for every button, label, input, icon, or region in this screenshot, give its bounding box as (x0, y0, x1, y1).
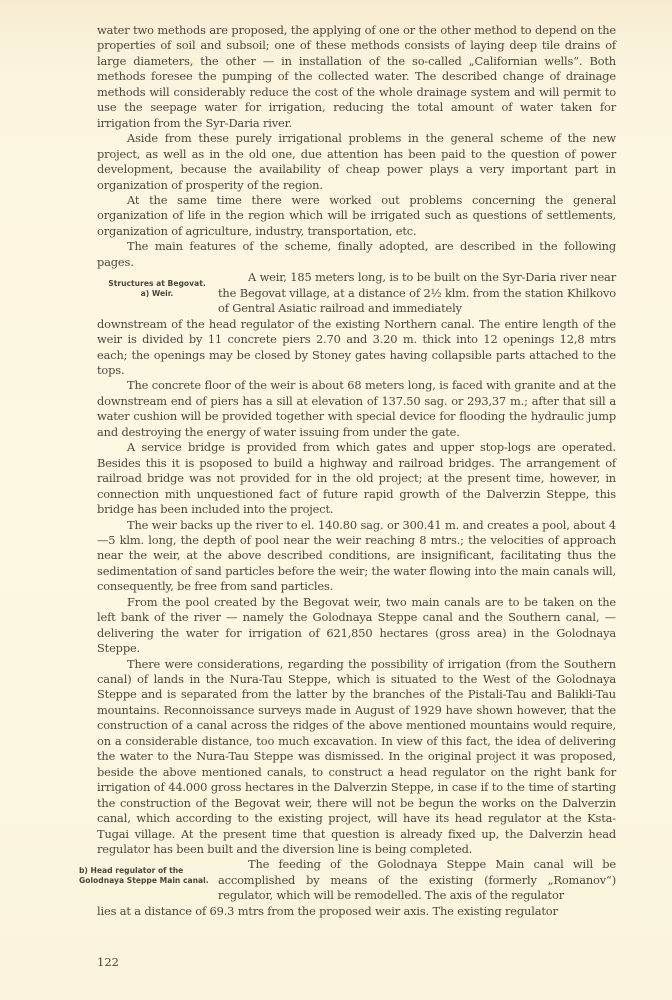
paragraph-continued: lies at a distance of 69.3 mtrs from the… (97, 904, 616, 919)
margin-note-text: b) Head regulator of the Golodnaya Stepp… (79, 866, 209, 885)
page-number: 122 (97, 955, 119, 969)
paragraph: The main features of the scheme, finally… (97, 239, 616, 270)
paragraph: A service bridge is provided from which … (97, 440, 616, 517)
paragraph: The weir backs up the river to el. 140.8… (97, 518, 616, 595)
paragraph-side: A weir, 185 meters long, is to be built … (218, 270, 616, 316)
margin-note-text: Structures at Begovat. a) Weir. (108, 279, 205, 298)
margin-note-weir: Structures at Begovat. a) Weir. (97, 279, 217, 299)
paragraph: The concrete floor of the weir is about … (97, 378, 616, 440)
paragraph: Aside from these purely irrigational pro… (97, 131, 616, 193)
paragraph: There were considerations, regarding the… (97, 657, 616, 858)
weir-section: Structures at Begovat. a) Weir. A weir, … (97, 270, 616, 378)
paragraph: At the same time there were worked out p… (97, 193, 616, 239)
margin-note-head-regulator: b) Head regulator of the Golodnaya Stepp… (79, 866, 219, 886)
paragraph-side: The feeding of the Golodnaya Steppe Main… (218, 857, 616, 903)
paragraph-continued: downstream of the head regulator of the … (97, 317, 616, 379)
head-regulator-section: b) Head regulator of the Golodnaya Stepp… (97, 857, 616, 919)
paragraph: water two methods are proposed, the appl… (97, 23, 616, 131)
paragraph: From the pool created by the Begovat wei… (97, 595, 616, 657)
document-page: water two methods are proposed, the appl… (0, 0, 672, 1000)
body-text: water two methods are proposed, the appl… (97, 23, 616, 919)
